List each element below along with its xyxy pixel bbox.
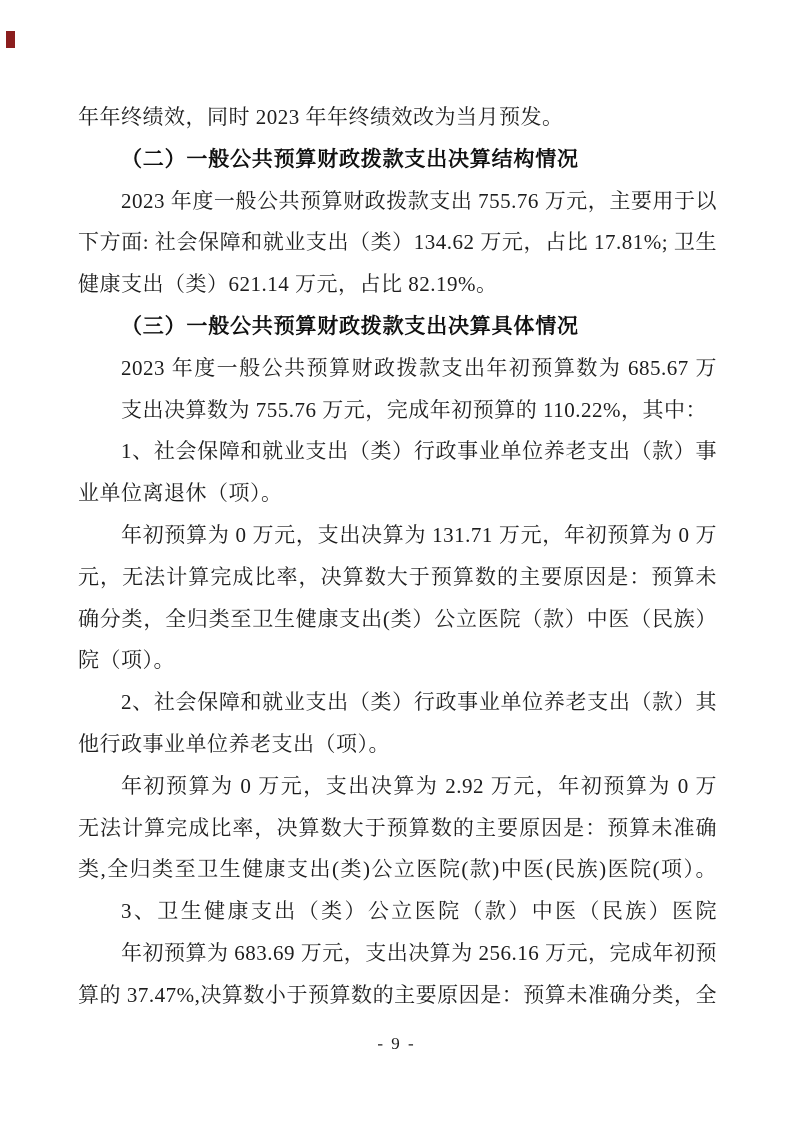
- document-page: 年年终绩效，同时 2023 年年终绩效改为当月预发。 （二）一般公共预算财政拨款…: [0, 0, 793, 1122]
- text-line: 算的 37.47%,决算数小于预算数的主要原因是：预算未准确分类，全: [78, 975, 717, 1017]
- text-line: 无法计算完成比率，决算数大于预算数的主要原因是：预算未准确分: [78, 808, 717, 850]
- text-line: 年初预算为 683.69 万元，支出决算为 256.16 万元，完成年初预: [78, 933, 717, 975]
- page-number: - 9 -: [0, 1034, 793, 1054]
- text-line: 元，无法计算完成比率，决算数大于预算数的主要原因是：预算未准: [78, 557, 717, 599]
- text-line: 年初预算为 0 万元，支出决算为 131.71 万元，年初预算为 0 万: [78, 515, 717, 557]
- text-line: 2023 年度一般公共预算财政拨款支出年初预算数为 685.67 万元，: [78, 348, 717, 390]
- text-line: 类,全归类至卫生健康支出(类)公立医院(款)中医(民族)医院(项）。: [78, 849, 717, 891]
- text-line: 健康支出（类）621.14 万元，占比 82.19%。: [78, 264, 717, 306]
- document-body: 年年终绩效，同时 2023 年年终绩效改为当月预发。 （二）一般公共预算财政拨款…: [78, 97, 717, 1017]
- red-scan-mark: [6, 31, 15, 48]
- text-line: 年年终绩效，同时 2023 年年终绩效改为当月预发。: [78, 97, 717, 139]
- text-line: 2023 年度一般公共预算财政拨款支出 755.76 万元，主要用于以: [78, 181, 717, 223]
- text-line: 院（项）。: [78, 640, 717, 682]
- text-line: 下方面: 社会保障和就业支出（类）134.62 万元，占比 17.81%; 卫生: [78, 222, 717, 264]
- text-line: 2、社会保障和就业支出（类）行政事业单位养老支出（款）其: [78, 682, 717, 724]
- text-line: 业单位离退休（项）。: [78, 473, 717, 515]
- text-line: 支出决算数为 755.76 万元，完成年初预算的 110.22%，其中：: [78, 390, 717, 432]
- text-line: 确分类，全归类至卫生健康支出(类）公立医院（款）中医（民族）医: [78, 599, 717, 641]
- text-line: 年初预算为 0 万元，支出决算为 2.92 万元，年初预算为 0 万元，: [78, 766, 717, 808]
- text-line: 他行政事业单位养老支出（项）。: [78, 724, 717, 766]
- section-heading: （三）一般公共预算财政拨款支出决算具体情况: [78, 306, 717, 348]
- section-heading: （二）一般公共预算财政拨款支出决算结构情况: [78, 139, 717, 181]
- text-line: 1、社会保障和就业支出（类）行政事业单位养老支出（款）事: [78, 431, 717, 473]
- text-line: 3、卫生健康支出（类）公立医院（款）中医（民族）医院（项）。: [78, 891, 717, 933]
